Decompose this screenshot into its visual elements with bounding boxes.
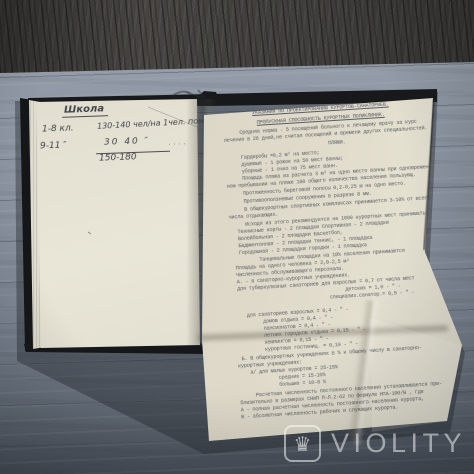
typed-text: УКАЗАНИЯ ПО ПРОЕКТИРОВАНИЮ КУРОРТОВ-САНА… (222, 97, 473, 421)
handwritten-dots: · · · · (168, 140, 186, 150)
watermark-brand-text: VIOLITY (331, 428, 466, 459)
handwritten-title: Школа (62, 103, 109, 118)
photo-scene: Школа1-8 кл.130-140 чел/на 1чел. пом.9-1… (0, 0, 474, 474)
crown-icon: ♛ (294, 434, 312, 454)
handwritten-total: 150-180 (99, 152, 137, 163)
handwritten-r2l: 9-11 ″ (40, 141, 67, 152)
handwritten-r1l: 1-8 кл. (42, 123, 74, 134)
watermark-crown-box: ♛ (284, 425, 321, 462)
handwritten-r2r: 30 40 ″ (104, 136, 150, 148)
violity-watermark: ♛ VIOLITY (284, 425, 466, 462)
